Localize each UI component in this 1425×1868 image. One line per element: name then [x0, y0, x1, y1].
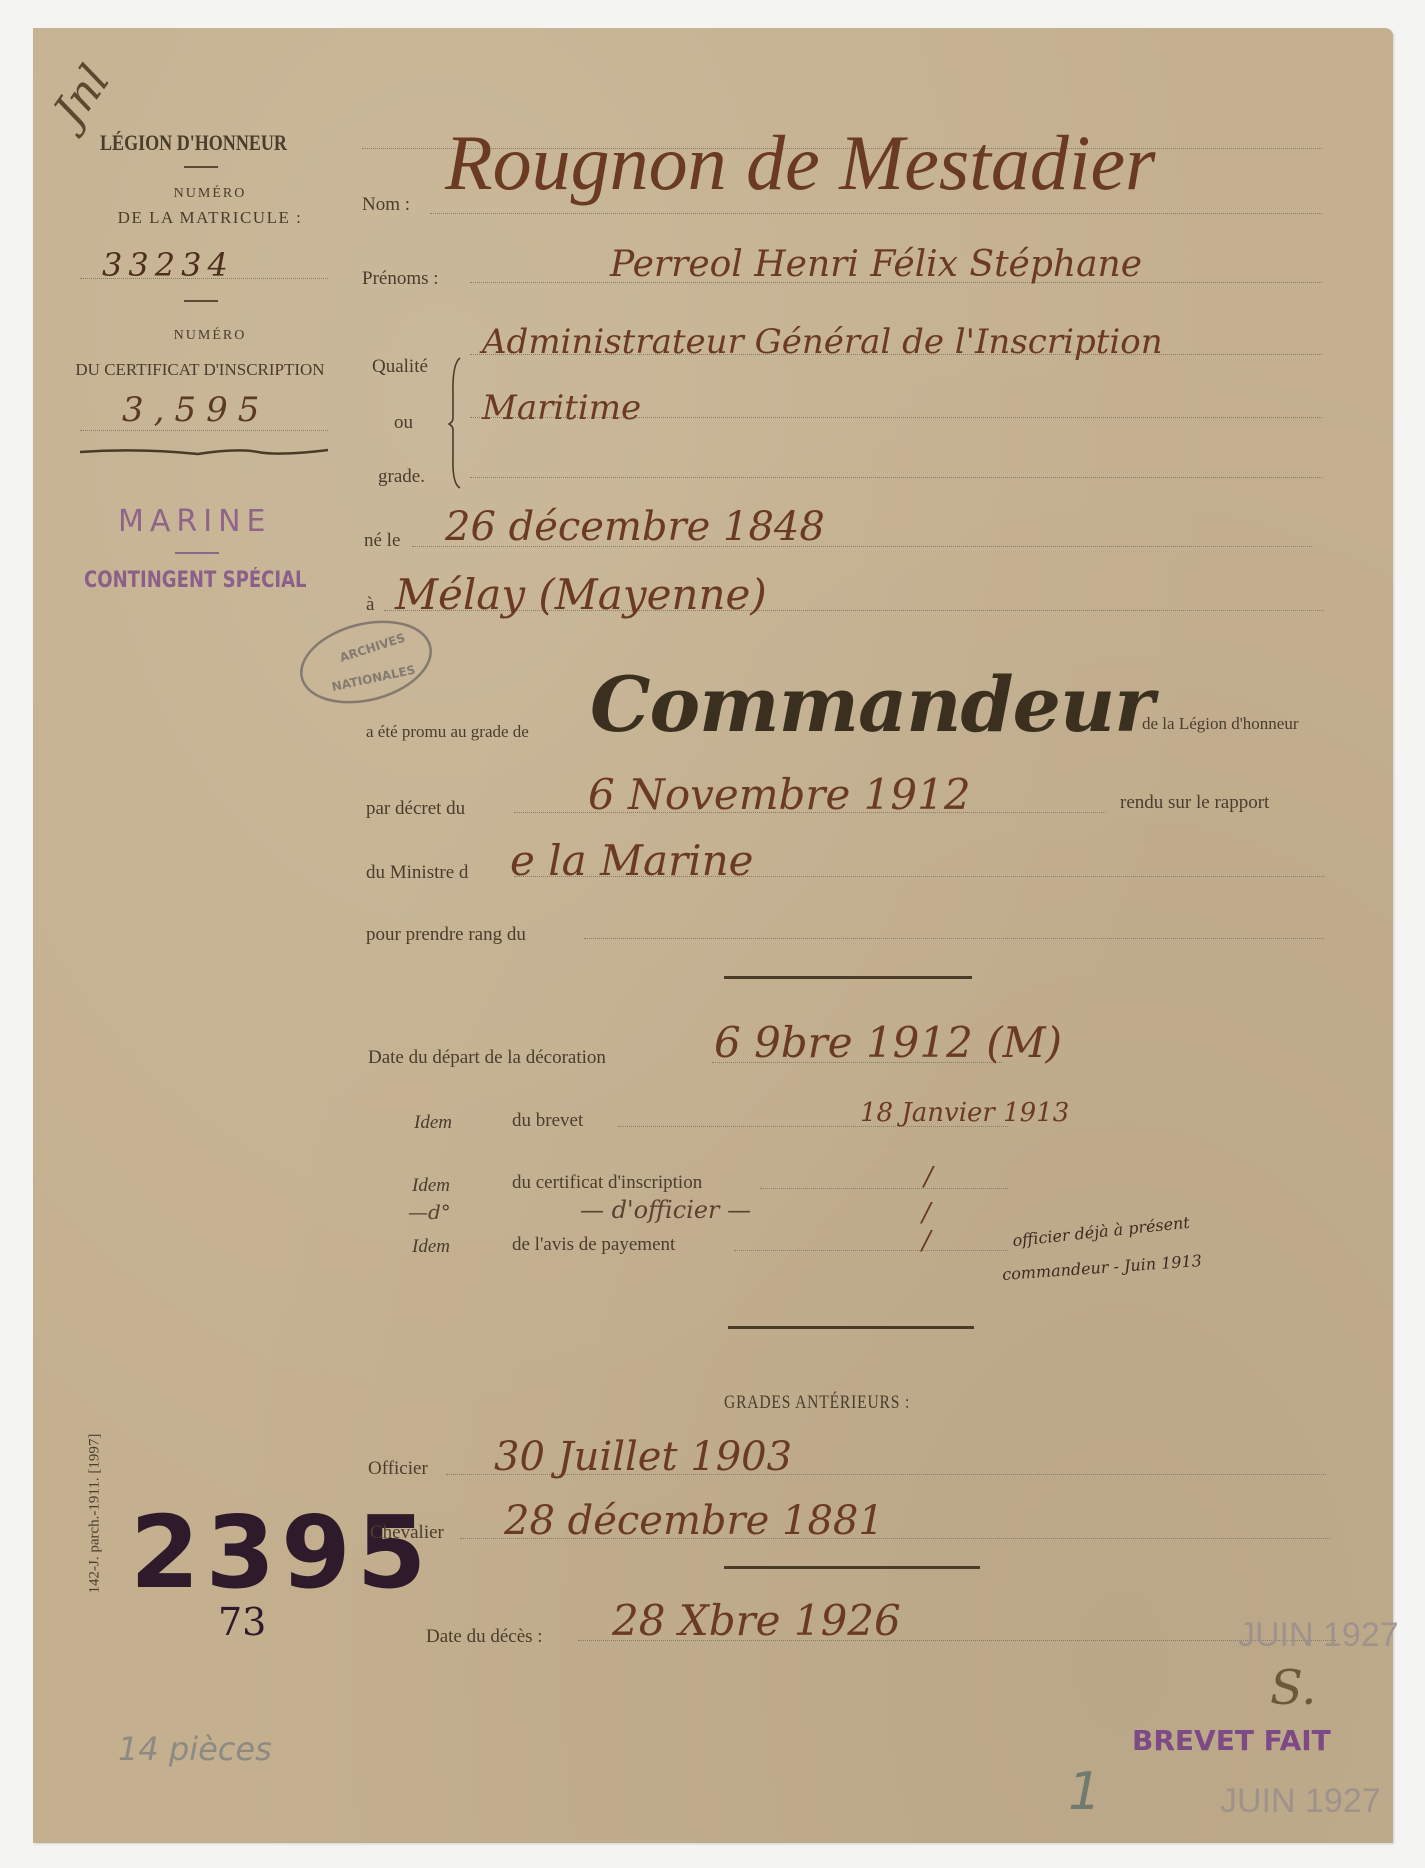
section-divider-3: [724, 1566, 980, 1569]
ministre-value: e la Marine: [510, 836, 754, 885]
avis-check: /: [922, 1226, 931, 1256]
depart-label: Date du départ de la décoration: [368, 1047, 606, 1069]
officier-label: — d'officier —: [580, 1196, 751, 1224]
grade-title: Commandeur: [590, 660, 1153, 749]
chevalier-grade-label: Chevalier: [370, 1522, 444, 1544]
qualite-line-3: [470, 477, 1322, 478]
certificat-line: [80, 430, 328, 431]
idem-certificat: Idem: [412, 1175, 450, 1197]
section-divider-1: [724, 976, 972, 979]
grade-label: grade.: [378, 466, 425, 488]
rapport-label: rendu sur le rapport: [1120, 792, 1269, 814]
divider: [184, 300, 218, 302]
received-stamp-2: JUIN 1927: [1220, 1782, 1381, 1821]
brevet-fait-stamp: BREVET FAIT: [1132, 1724, 1331, 1757]
qualite-label: Qualité: [372, 356, 428, 378]
file-subnumber: 73: [218, 1600, 266, 1644]
legion-suffix: de la Légion d'honneur: [1142, 714, 1299, 734]
contingent-stamp: CONTINGENT SPÉCIAL: [84, 568, 355, 593]
brevet-label: du brevet: [512, 1110, 583, 1132]
qualite-brace: [448, 356, 464, 490]
decret-value: 6 Novembre 1912: [588, 770, 971, 819]
a-value: Mélay (Mayenne): [395, 570, 767, 619]
certificat-line-2: [760, 1188, 1008, 1189]
rang-label: pour prendre rang du: [366, 924, 526, 946]
contingent-stamp-text: CONTINGENT SPÉCIAL: [84, 568, 307, 593]
pieces-note: 14 pièces: [118, 1730, 272, 1768]
avis-line: [734, 1250, 1008, 1251]
svg-text:ARCHIVES: ARCHIVES: [338, 631, 407, 665]
chevalier-grade-value: 28 décembre 1881: [504, 1498, 884, 1544]
certificat-label-1: NUMÉRO: [80, 328, 340, 344]
pencil-initial: S.: [1270, 1660, 1316, 1716]
matricule-label-2: DE LA MATRICULE :: [80, 208, 340, 228]
nom-label: Nom :: [362, 194, 410, 216]
pencil-number: 1: [1068, 1762, 1101, 1822]
print-reference: 142-J. parch.-1911. [1997]: [87, 1384, 104, 1594]
idem-avis: Idem: [412, 1236, 450, 1258]
certificat-check: /: [924, 1162, 933, 1192]
officier-grade-label: Officier: [368, 1458, 428, 1480]
prenoms-value: Perreol Henri Félix Stéphane: [610, 244, 1142, 285]
rang-line: [584, 938, 1324, 939]
nom-line: [430, 213, 1322, 214]
ne-le-value: 26 décembre 1848: [445, 504, 825, 550]
svg-text:NATIONALES: NATIONALES: [330, 663, 416, 694]
idem-brevet: Idem: [414, 1112, 452, 1134]
nom-value: Rougnon de Mestadier: [445, 118, 1156, 208]
certificat-label-2: DU CERTIFICAT D'INSCRIPTION: [60, 360, 340, 380]
marine-stamp: MARINE: [118, 504, 272, 539]
qualite-value-1: Administrateur Général de l'Inscription: [482, 322, 1163, 362]
qualite-value-2: Maritime: [482, 388, 641, 428]
legion-title-text: LÉGION D'HONNEUR: [100, 130, 287, 156]
grades-anterieurs-title: GRADES ANTÉRIEURS :: [724, 1392, 951, 1414]
prenoms-label: Prénoms :: [362, 268, 439, 290]
deces-label: Date du décès :: [426, 1626, 543, 1648]
ne-le-label: né le: [364, 530, 400, 552]
brevet-value: 18 Janvier 1913: [860, 1098, 1069, 1128]
file-number: 2395: [130, 1494, 432, 1611]
deces-value: 28 Xbre 1926: [612, 1596, 901, 1645]
archives-nationales-stamp: ARCHIVES NATIONALES: [296, 618, 436, 706]
ministre-label: du Ministre d: [366, 862, 468, 884]
grades-anterieurs-title-text: GRADES ANTÉRIEURS :: [724, 1392, 910, 1414]
section-divider-2: [728, 1326, 974, 1329]
certificat-label: du certificat d'inscription: [512, 1172, 702, 1194]
flourish-divider: [78, 444, 330, 460]
legion-title: LÉGION D'HONNEUR: [100, 130, 328, 156]
matricule-label-1: NUMÉRO: [80, 186, 340, 202]
depart-value: 6 9bre 1912 (M): [714, 1018, 1062, 1067]
certificat-label-2-text: DU CERTIFICAT D'INSCRIPTION: [75, 360, 324, 379]
officier-ditto: —d°: [408, 1200, 451, 1224]
divider: [184, 166, 218, 168]
avis-label: de l'avis de payement: [512, 1234, 675, 1256]
stamp-divider: [175, 552, 219, 554]
received-stamp-1: JUIN 1927: [1238, 1616, 1399, 1655]
matricule-line: [80, 278, 328, 279]
decret-label: par décret du: [366, 798, 465, 820]
promu-label: a été promu au grade de: [366, 722, 529, 742]
officier-check: /: [922, 1198, 931, 1228]
ou-label: ou: [394, 412, 413, 434]
officier-grade-value: 30 Juillet 1903: [494, 1434, 792, 1480]
a-label: à: [366, 594, 374, 616]
certificat-value: 3,595: [122, 390, 269, 430]
